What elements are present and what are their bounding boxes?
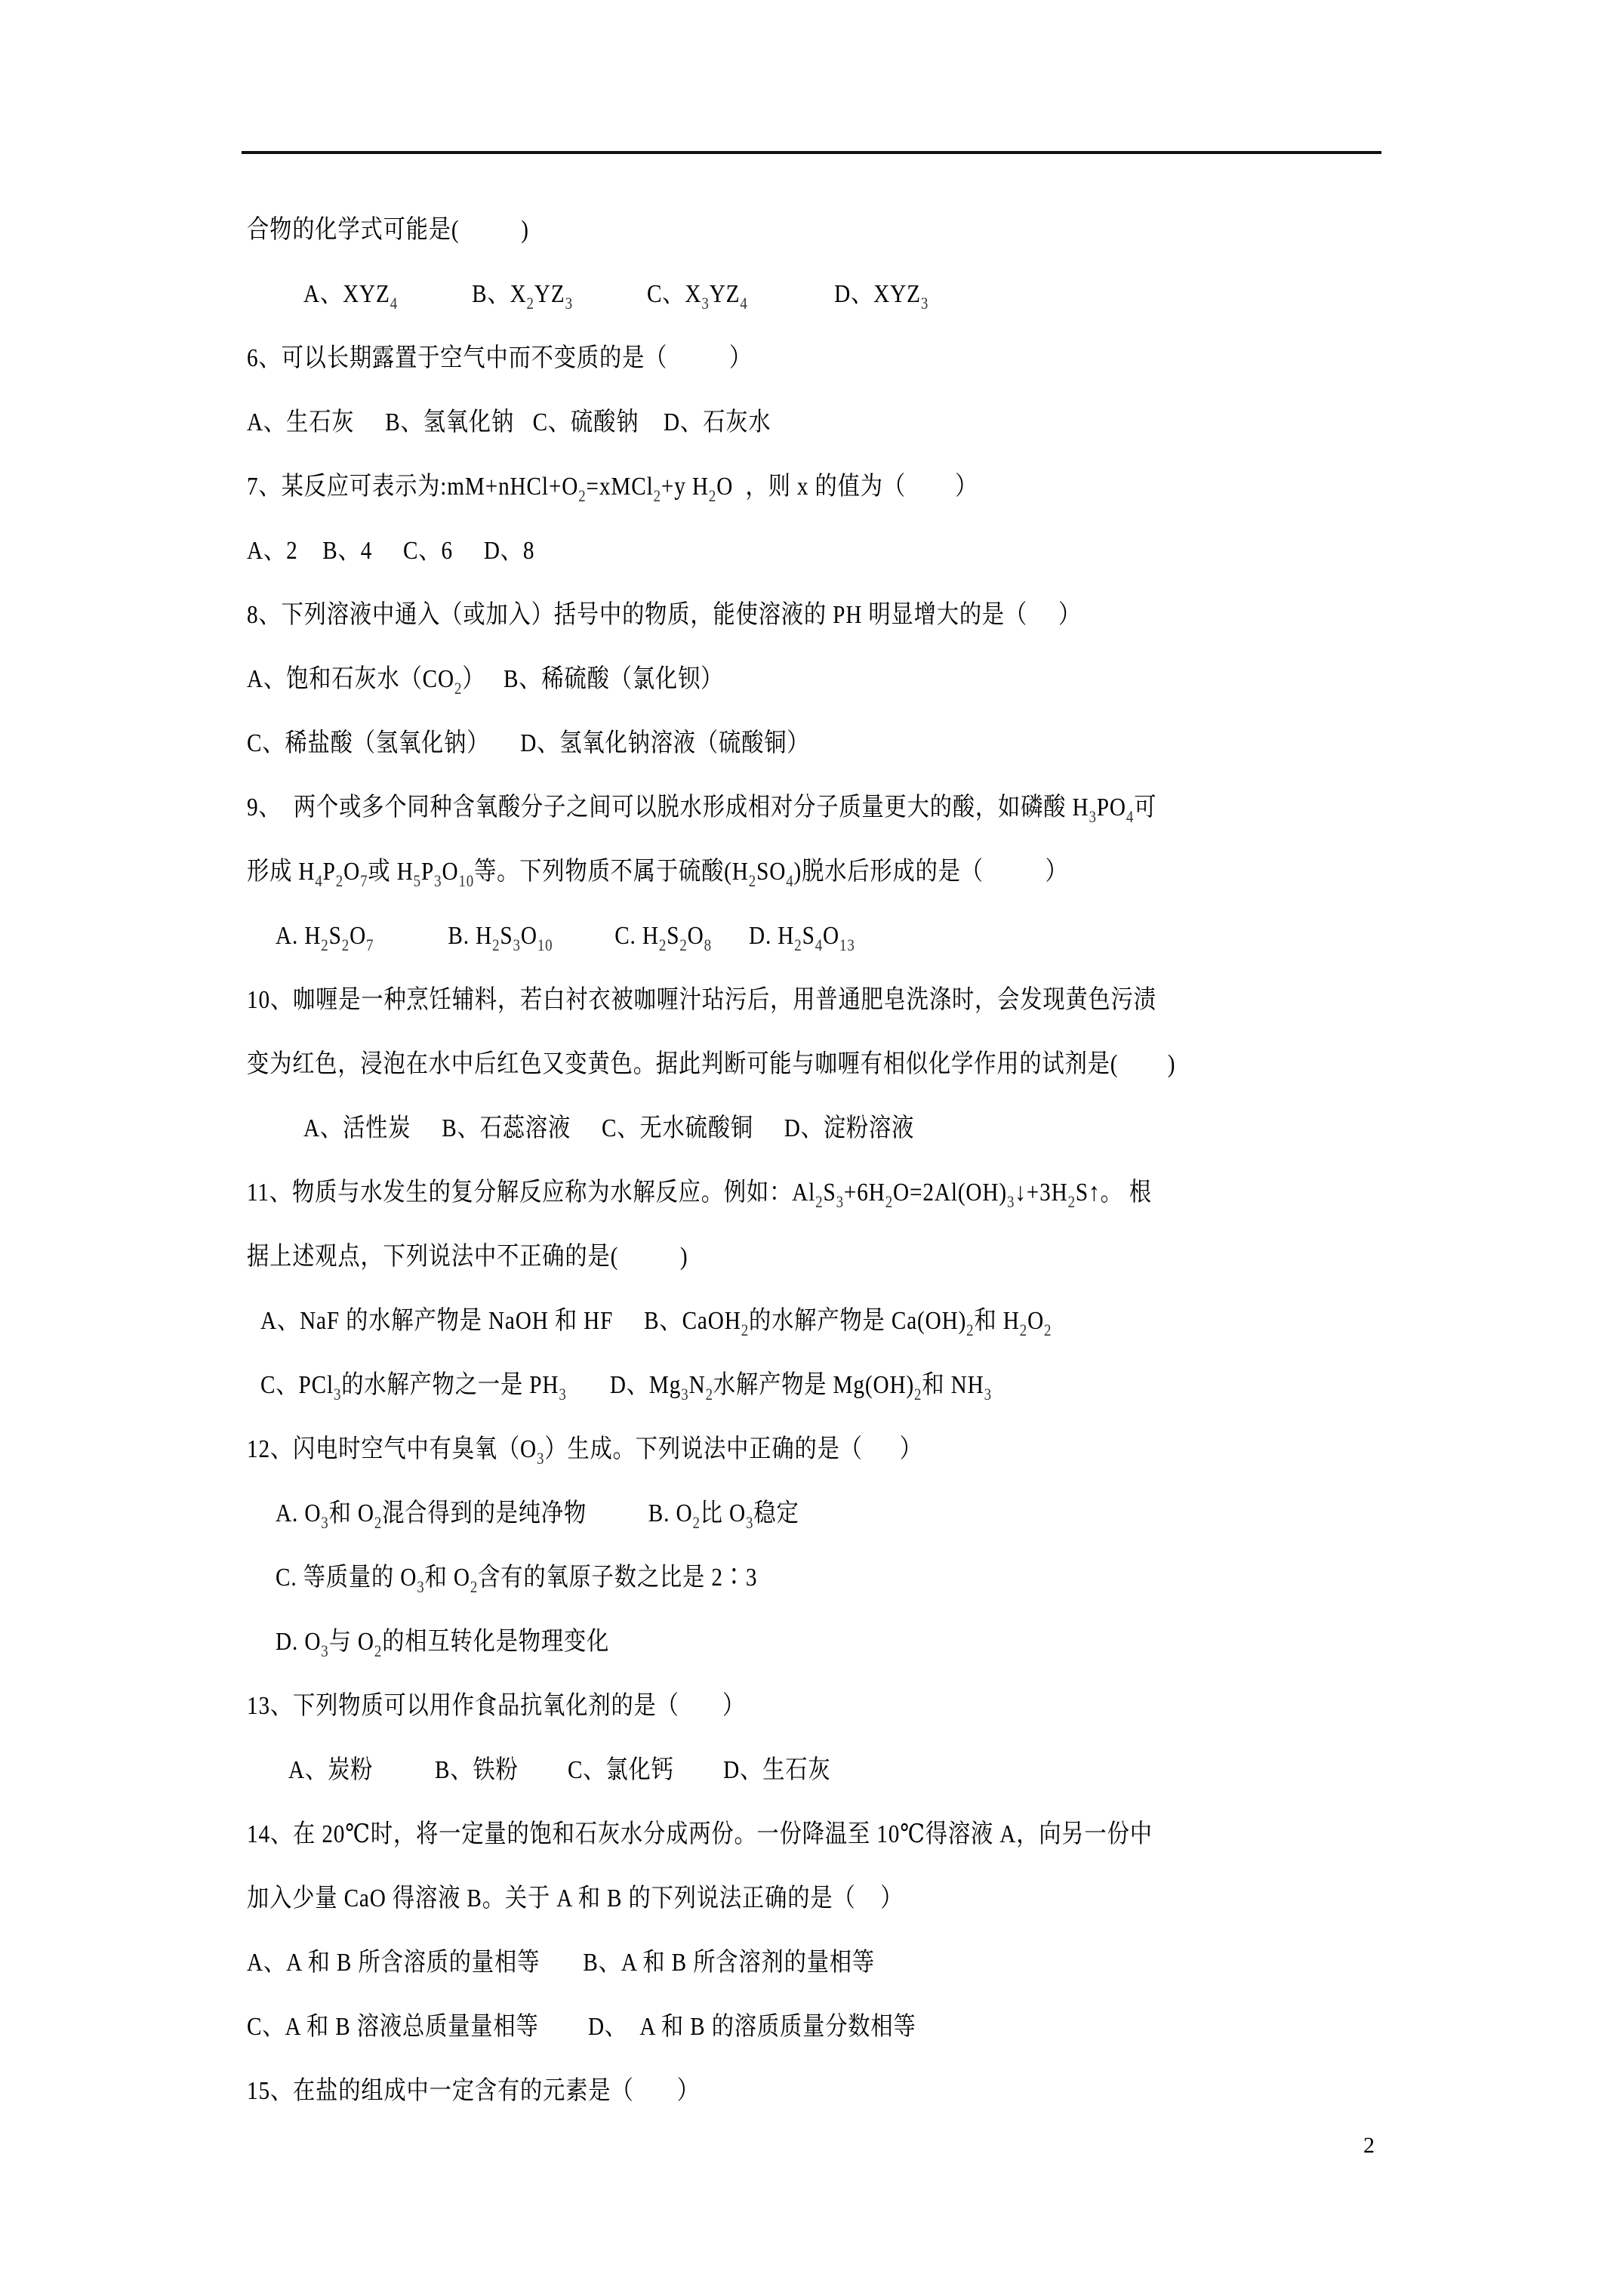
question-text-line: 变为红色，浸泡在水中后红色又变黄色。据此判断可能与咖喱有相似化学作用的试剂是( … (247, 1049, 1175, 1080)
question-text-line: 8、下列溶液中通入（或加入）括号中的物质，能使溶液的 PH 明显增大的是（ ） (247, 600, 1081, 630)
text-segment: 等。下列物质不属于硫酸(H (474, 858, 749, 886)
subscript: 3 (537, 1449, 544, 1468)
subscript: 2 (654, 486, 661, 505)
question-text-line: 14、在 20℃时，将一定量的饱和石灰水分成两份。一份降温至 10℃得溶液 A，… (247, 1820, 1153, 1850)
page-number: 2 (1363, 2134, 1375, 2158)
text-segment: 10、咖喱是一种烹饪辅料，若白衬衣被咖喱汁玷污后，用普通肥皂洗涤时，会发现黄色污… (247, 986, 1156, 1014)
subscript: 3 (1089, 807, 1096, 826)
subscript: 3 (559, 1385, 566, 1404)
text-segment: 稳定 (753, 1499, 799, 1527)
answer-options-line: C. 等质量的 O3和 O2含有的氧原子数之比是 2∶3 (276, 1563, 757, 1593)
text-segment: 8、下列溶液中通入（或加入）括号中的物质，能使溶液的 PH 明显增大的是（ ） (247, 601, 1081, 629)
text-segment: S (667, 922, 679, 950)
text-segment: A、炭粉 B、铁粉 C、氯化钙 D、生石灰 (288, 1756, 831, 1784)
subscript: 2 (749, 871, 756, 890)
text-segment: C. 等质量的 O (276, 1564, 417, 1592)
text-segment: 的水解产物是 Ca(OH) (749, 1307, 966, 1335)
question-text-line: 15、在盐的组成中一定含有的元素是（ ） (247, 2076, 700, 2106)
text-segment: D、Mg (567, 1371, 682, 1399)
subscript: 2 (492, 935, 500, 954)
subscript: 3 (681, 1385, 688, 1404)
subscript: 3 (984, 1385, 992, 1404)
text-segment: 据上述观点，下列说法中不正确的是( ) (247, 1243, 688, 1271)
answer-options-line: A、生石灰 B、氢氧化钠 C、硫酸钠 D、石灰水 (247, 408, 771, 438)
answer-options-line: A、炭粉 B、铁粉 C、氯化钙 D、生石灰 (288, 1755, 831, 1786)
text-segment: 变为红色，浸泡在水中后红色又变黄色。据此判断可能与咖喱有相似化学作用的试剂是( … (247, 1050, 1175, 1078)
text-segment: =xMCl (587, 473, 654, 501)
question-text-line: 6、可以长期露置于空气中而不变质的是（ ） (247, 344, 752, 374)
text-segment: O (688, 922, 704, 950)
text-segment: 混合得到的是纯净物 B. O (382, 1499, 692, 1527)
text-segment: P (421, 858, 434, 886)
subscript: 2 (374, 1641, 382, 1660)
answer-options-line: C、A 和 B 溶液总质量量相等 D、 A 和 B 的溶质质量分数相等 (247, 2012, 916, 2042)
answer-options-line: D. O3与 O2的相互转化是物理变化 (276, 1627, 609, 1657)
subscript: 2 (1020, 1321, 1027, 1339)
answer-options-line: A. H2S2O7 B. H2S3O10 C. H2S2O8 D. H2S4O1… (276, 921, 855, 951)
subscript: 2 (679, 935, 687, 954)
text-segment: 合物的化学式可能是( ) (247, 216, 529, 244)
text-segment: YZ (534, 280, 565, 308)
subscript: 4 (390, 294, 398, 313)
text-segment: C、X (573, 280, 701, 308)
subscript: 3 (417, 1577, 424, 1596)
text-segment: D. O (276, 1628, 321, 1656)
subscript: 7 (360, 871, 368, 890)
text-segment: S (329, 922, 342, 950)
text-segment: SO (756, 858, 786, 886)
subscript: 2 (1068, 1192, 1076, 1211)
question-text-line: 形成 H4P2O7或 H5P3O10等。下列物质不属于硫酸(H2SO4)脱水后形… (247, 857, 1068, 887)
text-segment: YZ (710, 280, 741, 308)
text-segment: A、NaF 的水解产物是 NaOH 和 HF B、CaOH (260, 1307, 741, 1335)
subscript: 3 (746, 1513, 753, 1532)
answer-options-line: A、饱和石灰水（CO2） B、稀硫酸（氯化钡） (247, 664, 723, 695)
text-segment: O=2Al(OH) (893, 1179, 1007, 1207)
text-segment: 和 O (425, 1564, 470, 1592)
subscript: 2 (374, 1513, 382, 1532)
subscript: 2 (342, 935, 350, 954)
text-segment: 14、在 20℃时，将一定量的饱和石灰水分成两份。一份降温至 10℃得溶液 A，… (247, 1820, 1153, 1848)
text-segment: ↓+3H (1015, 1179, 1067, 1207)
text-segment: 和 NH (922, 1371, 984, 1399)
text-segment: A、生石灰 B、氢氧化钠 C、硫酸钠 D、石灰水 (247, 408, 771, 436)
text-segment: D. H (712, 922, 794, 950)
subscript: 2 (794, 935, 802, 954)
subscript: 5 (414, 871, 421, 890)
text-segment: A. H (276, 922, 321, 950)
question-text-line: 据上述观点，下列说法中不正确的是( ) (247, 1242, 688, 1272)
text-segment: ） B、稀硫酸（氯化钡） (462, 665, 723, 693)
text-segment: O ，则 x 的值为（ ） (716, 473, 978, 501)
subscript: 3 (334, 1385, 341, 1404)
answer-options-line: A、XYZ4 B、X2YZ3 C、X3YZ4 D、XYZ3 (303, 279, 929, 310)
subscript: 2 (470, 1577, 478, 1596)
subscript: 2 (815, 1192, 823, 1211)
text-segment: 11、物质与水发生的复分解反应称为水解反应。例如：Al (247, 1179, 815, 1207)
answer-options-line: A、A 和 B 所含溶质的量相等 B、A 和 B 所含溶剂的量相等 (247, 1948, 875, 1978)
subscript: 2 (454, 679, 462, 698)
subscript: 13 (839, 935, 855, 954)
subscript: 2 (692, 1513, 700, 1532)
answer-options-line: A、NaF 的水解产物是 NaOH 和 HF B、CaOH2的水解产物是 Ca(… (260, 1306, 1052, 1336)
question-text-line: 9、 两个或多个同种含氧酸分子之间可以脱水形成相对分子质量更大的酸，如磷酸 H3… (247, 793, 1156, 823)
text-segment: C、稀盐酸（氢氧化钠） D、氢氧化钠溶液（硫酸铜） (247, 729, 809, 757)
answer-options-line: C、稀盐酸（氢氧化钠） D、氢氧化钠溶液（硫酸铜） (247, 729, 809, 759)
question-text-line: 12、闪电时空气中有臭氧（O3）生成。下列说法中正确的是（ ） (247, 1435, 922, 1465)
question-text-line: 10、咖喱是一种烹饪辅料，若白衬衣被咖喱汁玷污后，用普通肥皂洗涤时，会发现黄色污… (247, 985, 1156, 1015)
text-segment: A、A 和 B 所含溶质的量相等 B、A 和 B 所含溶剂的量相等 (247, 1949, 875, 1977)
text-segment: S (500, 922, 513, 950)
text-segment: S (823, 1179, 836, 1207)
text-segment: B. H (374, 922, 492, 950)
subscript: 10 (537, 935, 553, 954)
subscript: 2 (1044, 1321, 1052, 1339)
subscript: 4 (740, 294, 747, 313)
text-segment: O (442, 858, 458, 886)
question-text-line: 13、下列物质可以用作食品抗氧化剂的是（ ） (247, 1691, 745, 1721)
header-rule (242, 151, 1381, 154)
answer-options-line: C、PCl3的水解产物之一是 PH3 D、Mg3N2水解产物是 Mg(OH)2和… (260, 1370, 992, 1401)
question-text-line: 7、某反应可表示为:mM+nHCl+O2=xMCl2+y H2O ，则 x 的值… (247, 472, 978, 502)
text-segment: PO (1097, 794, 1126, 821)
subscript: 3 (1007, 1192, 1015, 1211)
text-segment: 7、某反应可表示为:mM+nHCl+O (247, 473, 578, 501)
subscript: 3 (921, 294, 929, 313)
subscript: 2 (709, 486, 716, 505)
answer-options-line: A、活性炭 B、石蕊溶液 C、无水硫酸铜 D、淀粉溶液 (303, 1114, 914, 1144)
subscript: 3 (701, 294, 709, 313)
answer-options-line: A. O3和 O2混合得到的是纯净物 B. O2比 O3稳定 (276, 1499, 799, 1529)
subscript: 4 (315, 871, 322, 890)
text-segment: 9、 两个或多个同种含氧酸分子之间可以脱水形成相对分子质量更大的酸，如磷酸 H (247, 794, 1089, 821)
text-segment: 的相互转化是物理变化 (382, 1628, 609, 1656)
text-segment: 或 H (368, 858, 413, 886)
text-segment: A. O (276, 1499, 321, 1527)
text-segment: O (350, 922, 366, 950)
text-segment: A、2 B、4 C、6 D、8 (247, 537, 534, 565)
text-segment: N (689, 1371, 706, 1399)
subscript: 3 (513, 935, 521, 954)
text-segment: 与 O (329, 1628, 374, 1656)
subscript: 4 (1126, 807, 1134, 826)
text-segment: C. H (553, 922, 658, 950)
text-segment: O (521, 922, 537, 950)
subscript: 2 (527, 294, 534, 313)
text-segment: )脱水后形成的是（ ） (794, 858, 1068, 886)
text-segment: 形成 H (247, 858, 315, 886)
text-segment: 可 (1134, 794, 1156, 821)
subscript: 3 (321, 1513, 328, 1532)
text-segment: 加入少量 CaO 得溶液 B。关于 A 和 B 的下列说法正确的是（ ） (247, 1885, 903, 1912)
text-segment: +6H (844, 1179, 885, 1207)
subscript: 2 (706, 1385, 713, 1404)
text-segment: S (802, 922, 815, 950)
text-segment: A、XYZ (303, 280, 390, 308)
subscript: 7 (366, 935, 374, 954)
text-segment: 和 H (975, 1307, 1020, 1335)
subscript: 2 (321, 935, 328, 954)
subscript: 2 (578, 486, 586, 505)
text-segment: A、活性炭 B、石蕊溶液 C、无水硫酸铜 D、淀粉溶液 (303, 1114, 914, 1142)
subscript: 2 (914, 1385, 922, 1404)
text-segment: C、PCl (260, 1371, 334, 1399)
text-segment: 的水解产物之一是 PH (341, 1371, 559, 1399)
subscript: 2 (659, 935, 667, 954)
text-segment: 含有的氧原子数之比是 2∶3 (478, 1564, 757, 1592)
text-segment: 比 O (701, 1499, 746, 1527)
subscript: 2 (336, 871, 343, 890)
question-text-line: 合物的化学式可能是( ) (247, 215, 529, 245)
text-segment: ）生成。下列说法中正确的是（ ） (544, 1435, 922, 1463)
text-segment: +y H (661, 473, 709, 501)
subscript: 2 (885, 1192, 893, 1211)
text-segment: 和 O (329, 1499, 374, 1527)
text-segment: B、X (398, 280, 526, 308)
text-segment: S↑。 根 (1076, 1179, 1152, 1207)
text-segment: C、A 和 B 溶液总质量量相等 D、 A 和 B 的溶质质量分数相等 (247, 2013, 916, 2041)
text-segment: 水解产物是 Mg(OH) (713, 1371, 914, 1399)
answer-options-line: A、2 B、4 C、6 D、8 (247, 536, 534, 566)
text-segment: O (823, 922, 839, 950)
question-text-line: 加入少量 CaO 得溶液 B。关于 A 和 B 的下列说法正确的是（ ） (247, 1884, 903, 1914)
subscript: 4 (786, 871, 793, 890)
text-segment: D、XYZ (748, 280, 921, 308)
subscript: 3 (434, 871, 442, 890)
text-segment: 15、在盐的组成中一定含有的元素是（ ） (247, 2077, 700, 2105)
subscript: 2 (966, 1321, 974, 1339)
subscript: 10 (458, 871, 474, 890)
question-text-line: 11、物质与水发生的复分解反应称为水解反应。例如：Al2S3+6H2O=2Al(… (247, 1178, 1152, 1208)
text-segment: O (343, 858, 360, 886)
subscript: 8 (704, 935, 712, 954)
text-segment: O (1027, 1307, 1044, 1335)
subscript: 3 (321, 1641, 328, 1660)
subscript: 3 (565, 294, 573, 313)
text-segment: 6、可以长期露置于空气中而不变质的是（ ） (247, 344, 752, 372)
subscript: 3 (836, 1192, 844, 1211)
text-segment: P (323, 858, 336, 886)
subscript: 2 (741, 1321, 749, 1339)
text-segment: 12、闪电时空气中有臭氧（O (247, 1435, 537, 1463)
subscript: 4 (815, 935, 823, 954)
text-segment: 13、下列物质可以用作食品抗氧化剂的是（ ） (247, 1692, 745, 1720)
text-segment: A、饱和石灰水（CO (247, 665, 454, 693)
